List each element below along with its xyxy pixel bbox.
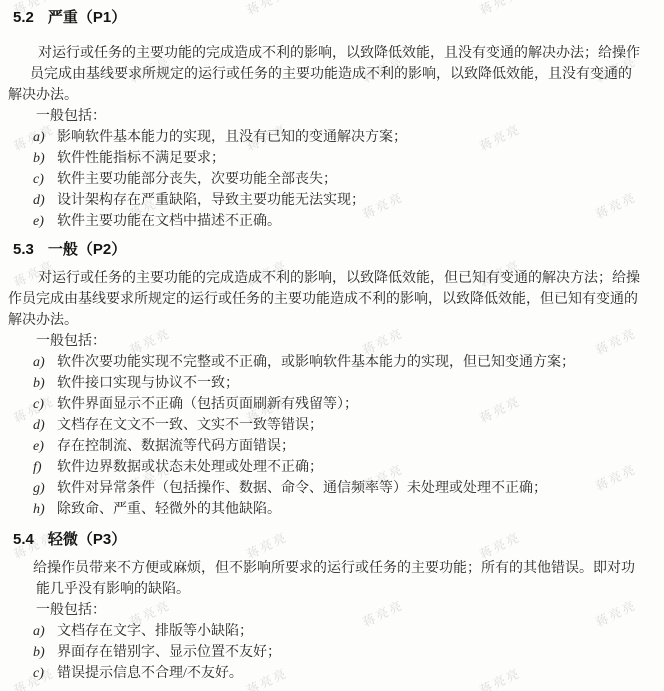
list-item: b) 软件接口实现与协议不一致； <box>33 373 658 394</box>
list-item-marker: c) <box>33 169 57 190</box>
paragraph-line: 解决办法。 <box>8 310 658 331</box>
list-intro: 一般包括： <box>36 600 658 621</box>
list-item-marker: g) <box>33 478 57 499</box>
list-intro: 一般包括： <box>36 106 658 127</box>
section-title: 一般（P2） <box>48 240 126 259</box>
list-item-text: 存在控制流、数据流等代码方面错误； <box>57 436 658 457</box>
section-5-3-heading: 5.3 一般（P2） <box>8 240 658 259</box>
section-title: 严重（P1） <box>48 8 126 27</box>
list-item-marker: e) <box>33 211 57 232</box>
list-item-marker: a) <box>33 352 57 373</box>
list-item: e) 存在控制流、数据流等代码方面错误； <box>33 436 658 457</box>
list-item-marker: e) <box>33 436 57 457</box>
section-number: 5.4 <box>8 530 34 549</box>
list-item-marker: b) <box>33 148 57 169</box>
list-item-marker: c) <box>33 663 57 684</box>
section-5-3: 5.3 一般（P2） 对运行或任务的主要功能的完成造成不利的影响，以致降低效能，… <box>8 240 658 520</box>
section-5-3-paragraph: 对运行或任务的主要功能的完成造成不利的影响，以致降低效能，但已知有变通的解决方法… <box>8 268 658 331</box>
list-item-text: 软件主要功能部分丧失，次要功能全部丧失； <box>57 169 658 190</box>
list-item: c) 错误提示信息不合理/不友好。 <box>33 663 658 684</box>
list-item-text: 错误提示信息不合理/不友好。 <box>57 663 658 684</box>
section-5-4-list: a) 文档存在文字、排版等小缺陷； b) 界面存在错别字、显示位置不友好； c)… <box>8 621 658 684</box>
paragraph-line: 对运行或任务的主要功能的完成造成不利的影响，以致降低效能，但已知有变通的解决方法… <box>38 268 658 289</box>
list-item-text: 软件主要功能在文档中描述不正确。 <box>57 211 658 232</box>
list-item: e) 软件主要功能在文档中描述不正确。 <box>33 211 658 232</box>
list-item-marker: h) <box>33 499 57 520</box>
list-item: a) 文档存在文字、排版等小缺陷； <box>33 621 658 642</box>
section-5-2-heading: 5.2 严重（P1） <box>8 8 658 27</box>
paragraph-line: 作员完成由基线要求所规定的运行或任务的主要功能造成不利的影响，以致降低效能，但已… <box>8 289 658 310</box>
list-item-text: 除致命、严重、轻微外的其他缺陷。 <box>57 499 658 520</box>
section-5-4: 5.4 轻微（P3） 给操作员带来不方便或麻烦，但不影响所要求的运行或任务的主要… <box>8 530 658 684</box>
section-5-2: 5.2 严重（P1） 对运行或任务的主要功能的完成造成不利的影响，以致降低效能，… <box>8 8 658 232</box>
section-number: 5.3 <box>8 240 34 259</box>
section-5-2-list: a) 影响软件基本能力的实现，且没有已知的变通解决方案； b) 软件性能指标不满… <box>8 127 658 232</box>
list-item-marker: c) <box>33 394 57 415</box>
list-item: c) 软件主要功能部分丧失，次要功能全部丧失； <box>33 169 658 190</box>
list-item-text: 软件边界数据或状态未处理或处理不正确； <box>57 457 658 478</box>
list-item-marker: d) <box>33 190 57 211</box>
paragraph-line: 员完成由基线要求所规定的运行或任务的主要功能造成不利的影响，以致降低效能，且没有… <box>30 64 658 85</box>
list-item-marker: d) <box>33 415 57 436</box>
section-number: 5.2 <box>8 8 34 27</box>
list-item: b) 界面存在错别字、显示位置不友好； <box>33 642 658 663</box>
list-item-text: 设计架构存在严重缺陷，导致主要功能无法实现； <box>57 190 658 211</box>
list-item-text: 影响软件基本能力的实现，且没有已知的变通解决方案； <box>57 127 658 148</box>
section-5-4-heading: 5.4 轻微（P3） <box>8 530 658 549</box>
list-item: a) 软件次要功能实现不完整或不正确，或影响软件基本能力的实现，但已知变通方案； <box>33 352 658 373</box>
list-item: g) 软件对异常条件（包括操作、数据、命令、通信频率等）未处理或处理不正确； <box>33 478 658 499</box>
section-5-2-paragraph: 对运行或任务的主要功能的完成造成不利的影响，以致降低效能，且没有变通的解决办法；… <box>8 43 658 106</box>
list-item: b) 软件性能指标不满足要求； <box>33 148 658 169</box>
list-item-text: 文档存在文文不一致、文实不一致等错误； <box>57 415 658 436</box>
list-item-marker: a) <box>33 621 57 642</box>
list-item-text: 界面存在错别字、显示位置不友好； <box>57 642 658 663</box>
list-item-text: 软件性能指标不满足要求； <box>57 148 658 169</box>
list-item-text: 软件界面显示不正确（包括页面刷新有残留等）； <box>57 394 658 415</box>
document-page: 蒋亮亮蒋亮亮蒋亮亮蒋亮亮蒋亮亮蒋亮亮蒋亮亮蒋亮亮蒋亮亮蒋亮亮蒋亮亮蒋亮亮蒋亮亮蒋… <box>0 0 664 691</box>
paragraph-line: 解决办法。 <box>8 85 658 106</box>
list-item: f) 软件边界数据或状态未处理或处理不正确； <box>33 457 658 478</box>
list-item: d) 文档存在文文不一致、文实不一致等错误； <box>33 415 658 436</box>
document-content: 5.2 严重（P1） 对运行或任务的主要功能的完成造成不利的影响，以致降低效能，… <box>0 0 664 684</box>
section-5-4-paragraph: 给操作员带来不方便或麻烦，但不影响所要求的运行或任务的主要功能；所有的其他错误。… <box>8 558 658 600</box>
list-item: h) 除致命、严重、轻微外的其他缺陷。 <box>33 499 658 520</box>
list-item-text: 文档存在文字、排版等小缺陷； <box>57 621 658 642</box>
section-5-3-list: a) 软件次要功能实现不完整或不正确，或影响软件基本能力的实现，但已知变通方案；… <box>8 352 658 520</box>
list-item: a) 影响软件基本能力的实现，且没有已知的变通解决方案； <box>33 127 658 148</box>
list-item: c) 软件界面显示不正确（包括页面刷新有残留等）； <box>33 394 658 415</box>
list-item-marker: b) <box>33 373 57 394</box>
paragraph-line: 给操作员带来不方便或麻烦，但不影响所要求的运行或任务的主要功能；所有的其他错误。… <box>33 558 658 579</box>
list-item-marker: f) <box>33 457 57 478</box>
list-item-marker: a) <box>33 127 57 148</box>
paragraph-line: 能几乎没有影响的缺陷。 <box>36 579 658 600</box>
paragraph-line: 对运行或任务的主要功能的完成造成不利的影响，以致降低效能，且没有变通的解决办法；… <box>38 43 658 64</box>
list-item: d) 设计架构存在严重缺陷，导致主要功能无法实现； <box>33 190 658 211</box>
section-title: 轻微（P3） <box>48 530 126 549</box>
list-item-text: 软件次要功能实现不完整或不正确，或影响软件基本能力的实现，但已知变通方案； <box>57 352 658 373</box>
list-item-text: 软件接口实现与协议不一致； <box>57 373 658 394</box>
list-item-text: 软件对异常条件（包括操作、数据、命令、通信频率等）未处理或处理不正确； <box>57 478 658 499</box>
list-item-marker: b) <box>33 642 57 663</box>
list-intro: 一般包括： <box>36 331 658 352</box>
